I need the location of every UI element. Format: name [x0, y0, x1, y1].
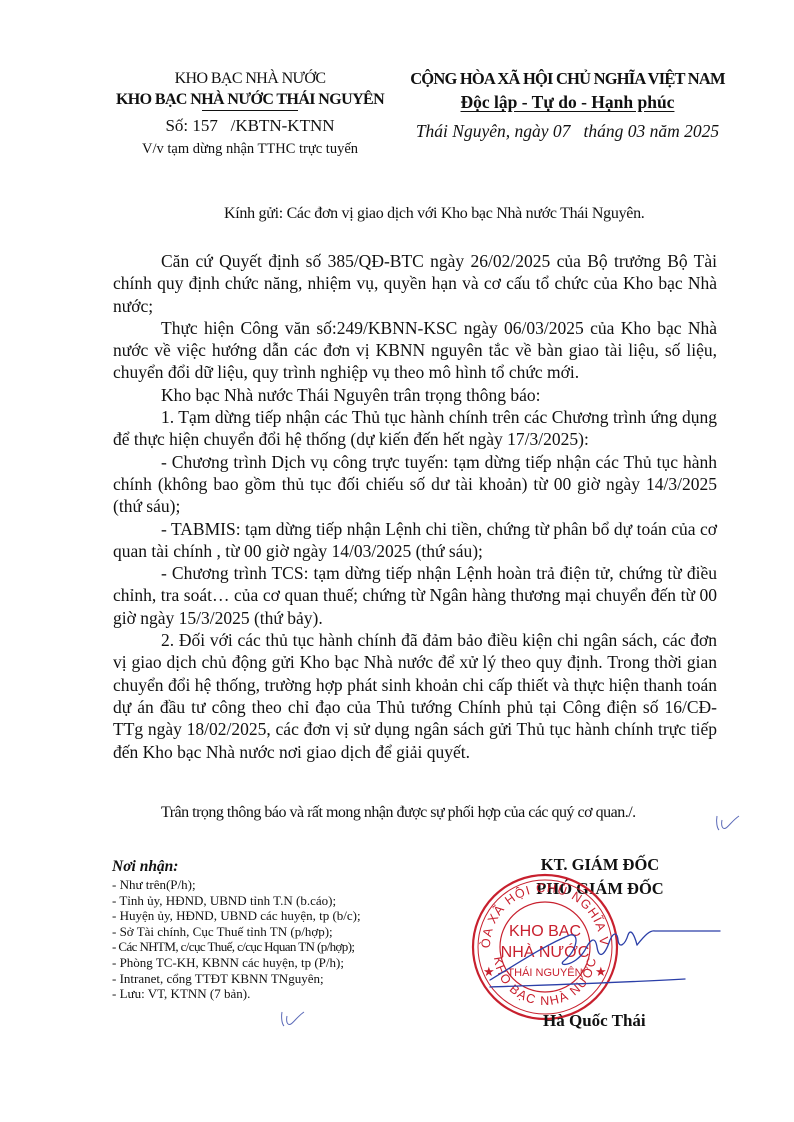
signer-name: Hà Quốc Thái — [543, 1011, 646, 1031]
body-paragraph: - TABMIS: tạm dừng tiếp nhận Lệnh chi ti… — [113, 518, 717, 563]
issuing-agency-block: KHO BẠC NHÀ NƯỚC KHO BẠC NHÀ NƯỚC THÁI N… — [100, 68, 400, 160]
initials-mark-icon — [713, 812, 743, 836]
place-date: Thái Nguyên, ngày 07 tháng 03 năm 2025 — [395, 116, 740, 146]
body-paragraph: Kho bạc Nhà nước Thái Nguyên trân trọng … — [113, 384, 717, 406]
agency-underline — [202, 110, 298, 111]
body-paragraph: Thực hiện Công văn số:249/KBNN-KSC ngày … — [113, 317, 717, 384]
recipient-item: - Tỉnh ủy, HĐND, UBND tỉnh T.N (b.cáo); — [112, 893, 412, 909]
closing-line: Trân trọng thông báo và rất mong nhận đư… — [161, 802, 636, 824]
parent-agency: KHO BẠC NHÀ NƯỚC — [100, 68, 400, 89]
recipient-item: - Sở Tài chính, Cục Thuế tỉnh TN (p/hợp)… — [112, 924, 412, 940]
recipients-block: Nơi nhận: - Như trên(P/h); - Tỉnh ủy, HĐ… — [112, 857, 412, 1002]
agency-name: KHO BẠC NHÀ NƯỚC THÁI NGUYÊN — [100, 89, 400, 110]
body-paragraph: Căn cứ Quyết định số 385/QĐ-BTC ngày 26/… — [113, 250, 717, 317]
recipient-item: - Huyện ủy, HĐND, UBND các huyện, tp (b/… — [112, 908, 412, 924]
initials-mark-icon — [278, 1008, 308, 1032]
recipient-item: - Các NHTM, c/cục Thuế, c/cục Hquan TN (… — [112, 939, 412, 955]
recipient-item: - Như trên(P/h); — [112, 877, 412, 893]
document-body: Căn cứ Quyết định số 385/QĐ-BTC ngày 26/… — [113, 250, 717, 763]
body-paragraph: 2. Đối với các thủ tục hành chính đã đảm… — [113, 629, 717, 763]
document-number: Số: 157 /KBTN-KTNN — [100, 113, 400, 138]
national-header-block: CỘNG HÒA XÃ HỘI CHỦ NGHĨA VIỆT NAM Độc l… — [395, 68, 740, 146]
national-title: CỘNG HÒA XÃ HỘI CHỦ NGHĨA VIỆT NAM — [395, 68, 740, 90]
recipient-item: - Phòng TC-KH, KBNN các huyện, tp (P/h); — [112, 955, 412, 971]
handwritten-signature-icon — [485, 905, 725, 1025]
body-paragraph: 1. Tạm dừng tiếp nhận các Thủ tục hành c… — [113, 406, 717, 451]
body-paragraph: - Chương trình Dịch vụ công trực tuyến: … — [113, 451, 717, 518]
recipients-title: Nơi nhận: — [112, 857, 412, 877]
national-motto: Độc lập - Tự do - Hạnh phúc — [395, 90, 740, 114]
recipient-item: - Intranet, cổng TTĐT KBNN TNguyên; — [112, 971, 412, 987]
recipient-item: - Lưu: VT, KTNN (7 bản). — [112, 986, 412, 1002]
addressee: Kính gửi: Các đơn vị giao dịch với Kho b… — [224, 203, 644, 225]
body-paragraph: - Chương trình TCS: tạm dừng tiếp nhận L… — [113, 562, 717, 629]
document-subject: V/v tạm dừng nhận TTHC trực tuyến — [100, 138, 400, 160]
